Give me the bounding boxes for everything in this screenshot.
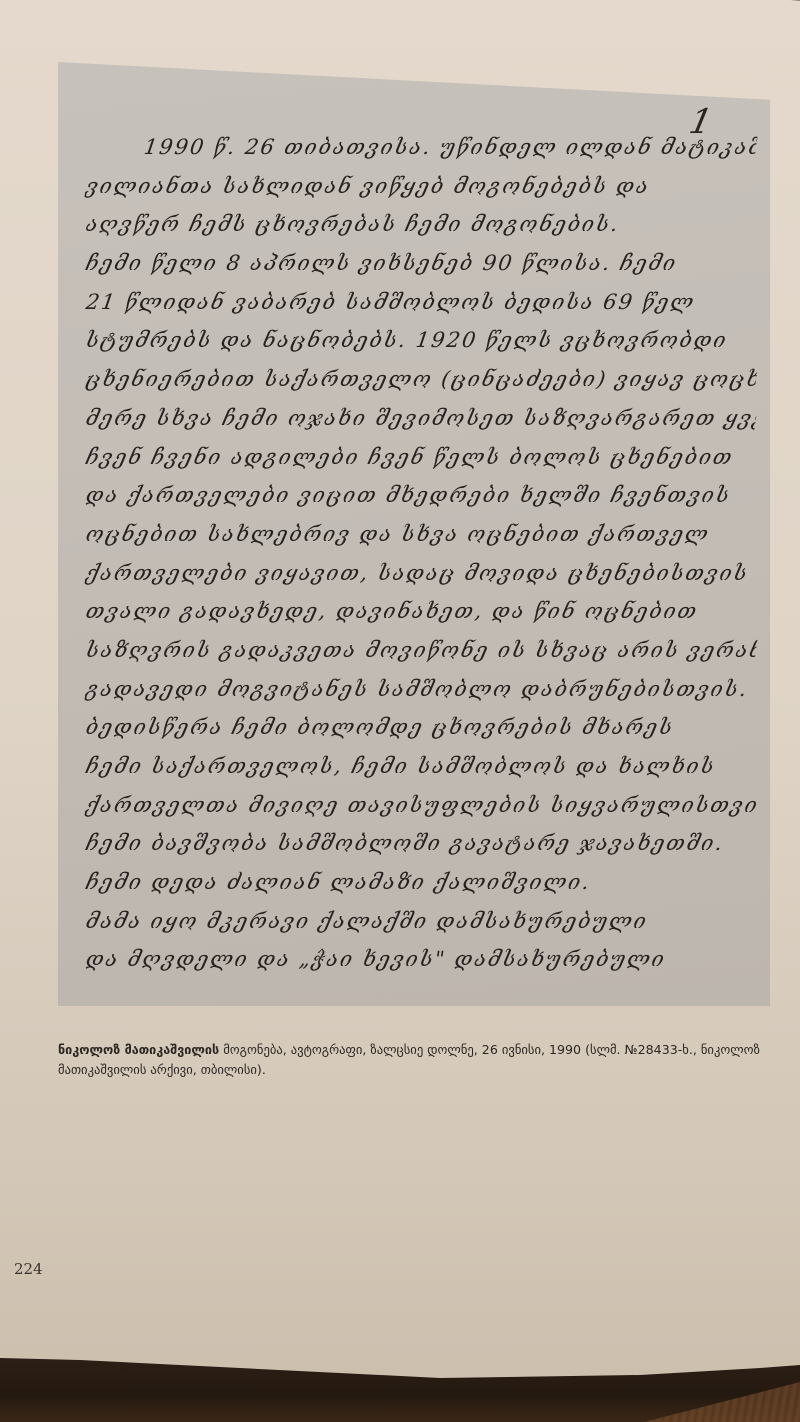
manuscript-line: თვალი გადავხედე, დავინახეთ, და წინ ოცნებ… — [83, 592, 758, 631]
manuscript-line: ვილიანთა სახლიდან ვიწყებ მოგონებებს და — [83, 167, 758, 206]
manuscript-line: ქართველთა მივიღე თავისუფლების სიყვარულის… — [83, 786, 758, 825]
manuscript-line: და მღვდელი და „ჭაი ხევის" დამსახურებული — [83, 940, 758, 979]
manuscript-line: გადავედი მოგვიტანეს სამშობლო დაბრუნებისთ… — [83, 670, 758, 709]
manuscript-line: ოცნებით სახლებრივ და სხვა ოცნებით ქართვე… — [83, 515, 758, 554]
manuscript-line: ჩემი ბავშვობა სამშობლოში გავატარე ჯავახე… — [83, 824, 758, 863]
manuscript-line: ჩემი დედა ძალიან ლამაზი ქალიშვილი. — [83, 863, 758, 902]
manuscript-line: 21 წლიდან ვაბარებ სამშობლოს ბედისა 69 წე… — [83, 283, 758, 322]
photo-of-book-page: 1 1990 წ. 26 თიბათვისა. უწინდელ ილდან მა… — [0, 0, 800, 1422]
manuscript-line: ქართველები ვიყავით, სადაც მოვიდა ცხენები… — [83, 554, 758, 593]
manuscript-line: ჩვენ ჩვენი ადგილები ჩვენ წელს ბოლოს ცხენ… — [83, 438, 758, 477]
caption-author: ნიკოლოზ მათიკაშვილის — [58, 1042, 219, 1057]
wood-grain — [540, 1382, 800, 1422]
manuscript-line: 1990 წ. 26 თიბათვისა. უწინდელ ილდან მატი… — [83, 128, 758, 167]
manuscript-line: აღვწერ ჩემს ცხოვრებას ჩემი მოგონების. — [83, 205, 758, 244]
manuscript-facsimile: 1 1990 წ. 26 თიბათვისა. უწინდელ ილდან მა… — [58, 62, 770, 1006]
manuscript-line: მამა იყო მკერავი ქალაქში დამსახურებული — [83, 902, 758, 941]
manuscript-line: ჩემი წელი 8 აპრილს ვიხსენებ 90 წლისა. ჩე… — [83, 244, 758, 283]
manuscript-line: სტუმრებს და ნაცნობებს. 1920 წელს ვცხოვრო… — [83, 321, 758, 360]
manuscript-line: ბედისწერა ჩემი ბოლომდე ცხოვრების მხარეს — [83, 708, 758, 747]
page-corner-edge — [720, 0, 800, 7]
page-number: 224 — [14, 1260, 43, 1278]
manuscript-line: საზღვრის გადაკვეთა მოვიწონე ის სხვაც არი… — [83, 631, 758, 670]
figure-caption: ნიკოლოზ მათიკაშვილის მოგონება, ავტოგრაფი… — [58, 1040, 770, 1080]
manuscript-line: ცხენიერებით საქართველო (ცინცაძეები) ვიყა… — [83, 360, 758, 399]
manuscript-line: მერე სხვა ჩემი ოჯახი შევიმოსეთ საზღვარგა… — [83, 399, 758, 438]
manuscript-handwriting: 1990 წ. 26 თიბათვისა. უწინდელ ილდან მატი… — [86, 128, 756, 979]
manuscript-line: და ქართველები ვიცით მხედრები ხელში ჩვენთ… — [83, 476, 758, 515]
manuscript-line: ჩემი საქართველოს, ჩემი სამშობლოს და ხალხ… — [83, 747, 758, 786]
